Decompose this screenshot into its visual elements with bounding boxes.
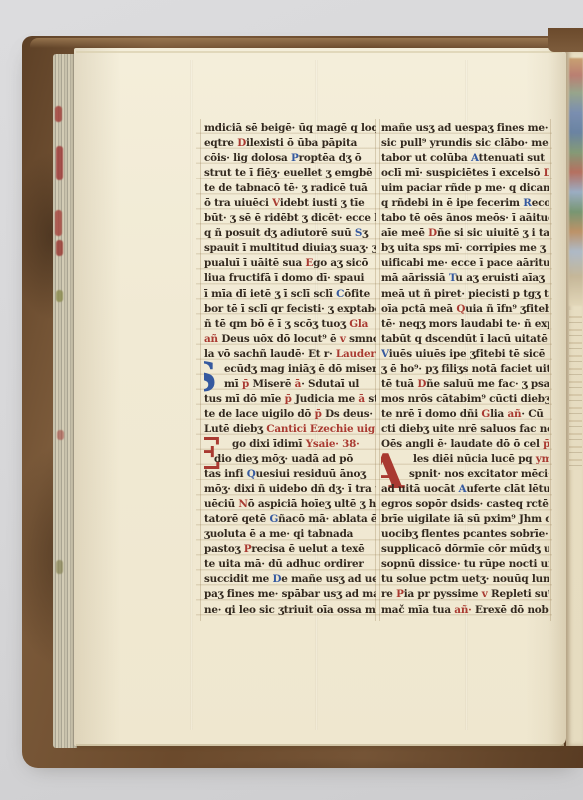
manuscript-line: egros sopōr dsids· casteq rctē ac so	[381, 497, 549, 512]
manuscript-line: spnit· nos excitator mēci· iaʒ	[381, 467, 549, 482]
text-run: D	[272, 573, 281, 585]
text-run: Ds deus·	[325, 408, 376, 420]
text-run: ia pr pyssime	[404, 588, 482, 600]
text-run: supplicacō dōrmīe cōr mūdʒ uetʒ	[381, 543, 549, 555]
text-run: paʒ fines me· spābar usʒ ad ma	[204, 588, 376, 600]
text-run: te nrē ī domo dñi	[381, 408, 481, 420]
manuscript-line: uim paciar rñde p me· q dicam	[381, 181, 549, 196]
text-run: A	[471, 152, 479, 164]
text-run: spnit· nos excitator mēci· iaʒ	[409, 468, 549, 480]
manuscript-line: strut te ī fiēʒ· euellet ʒ emgbē	[204, 166, 376, 181]
text-run: cōis· lig dolosa	[204, 152, 291, 164]
text-run: būt· ʒ sē ē ridēbt ʒ dicēt· ecce hō	[204, 212, 376, 224]
text-run: v	[340, 333, 349, 345]
manuscript-line: tē· neqʒ mors laudabi te· ñ expc	[381, 317, 549, 332]
column-rule	[550, 119, 551, 621]
text-run: uferte clāt lētulos	[466, 483, 549, 495]
manuscript-line: ī mīa dī ietē ʒ ī sclī sclī Cōfite	[204, 287, 376, 302]
page-top-edge	[76, 51, 562, 53]
manuscript-line: tabo tē oēs ānos meōs· ī aāitudīe	[381, 211, 549, 226]
manuscript-line: mač mīa tua añ· Erexē dō nob cōnu	[381, 603, 549, 618]
text-run: tu solue pctm uetʒ· nouūq lum īgre	[381, 573, 549, 585]
text-run: ecogi	[532, 197, 549, 209]
text-run: ā	[358, 393, 368, 405]
manuscript-line: tabūt q dscendūt ī lacū uitatē tuā	[381, 332, 549, 347]
manuscript-line: spauit ī multitud diuiaʒ suaʒ· ʒ	[204, 241, 376, 256]
text-run: Miserē	[252, 378, 294, 390]
text-run: N	[238, 498, 247, 510]
text-run: ī mīa dī ietē ʒ ī sclī sclī	[204, 288, 336, 300]
text-run: roptēa dʒ ō	[299, 152, 362, 164]
red-edge-decoration-speck	[56, 146, 63, 180]
text-run: tabo tē oēs ānos meōs· ī aāitudīe	[381, 212, 549, 224]
olive-edge-decoration-speck	[56, 290, 63, 302]
text-run: brīe uigilate iā sū pxim⁹ Jhm ciam	[381, 513, 549, 525]
text-run: ad uitā uocāt	[381, 483, 458, 495]
text-run: ʒ ē ho⁹· pʒ filiʒs notā faciet uitā	[381, 363, 549, 375]
text-run: Ysaie· 38·	[306, 438, 360, 450]
text-run: pastoʒ	[204, 543, 244, 555]
manuscript-line: Ego dixi īdimī Ysaie· 38·	[204, 437, 376, 452]
text-run: Lauder	[336, 348, 376, 360]
manuscript-line: Oēs angli ē· laudate dō ō cel p̄ l· dō ō	[381, 437, 549, 452]
manuscript-line: uēciū Nō aspiciā hoīeʒ ultē ʒ hī	[204, 497, 376, 512]
text-run: Q	[247, 468, 256, 480]
manuscript-line: tu solue pctm uetʒ· nouūq lum īgre	[381, 572, 549, 587]
text-run: meā ut ñ piret· piecisti p tgʒ tuʒ	[381, 288, 549, 300]
manuscript-line: sopnū dissice· tu rūpe nocti uincla·	[381, 557, 549, 572]
manuscript-line: oīa pctā meā Quia ñ īfn⁹ ʒfitebi	[381, 302, 549, 317]
manuscript-line: succidit me De mañe usʒ ad ues	[204, 572, 376, 587]
manuscript-line: tatorē qetē Gñacō mā· ablata ē	[204, 512, 376, 527]
manuscript-line: uocibʒ flentes pcantes sobrīe· ītēta	[381, 527, 549, 542]
manuscript-line: uificabi me· ecce ī pace aāritudo	[381, 256, 549, 271]
text-run: ʒ	[362, 227, 368, 239]
manuscript-line: pualuī ī uāitē sua Ego aʒ sicō	[204, 256, 376, 271]
text-run: sopnū dissice· tu rūpe nocti uincla·	[381, 558, 549, 570]
manuscript-line: ʒuoluta ē a me· qi tabnada	[204, 527, 376, 542]
manuscript-line: q ñ posuit dʒ adiutorē suū Sʒ	[204, 226, 376, 241]
manuscript-line: Lutē diebʒ Cantici Ezechie uig	[204, 422, 376, 437]
text-run: pualuī ī uāitē sua	[204, 257, 305, 269]
text-run: smno	[349, 333, 376, 345]
text-run: mdiciā sē beigē· ūq magē q loq	[204, 122, 376, 134]
text-run: D	[544, 167, 549, 179]
manuscript-line: tus mī dō mīe p̄ Judicia me ā stō	[204, 392, 376, 407]
manuscript-line: meā ut ñ piret· piecisti p tgʒ tuʒ	[381, 287, 549, 302]
text-run: tatorē qetē	[204, 513, 269, 525]
text-run: dio dieʒ mōʒ· uadā ad pō	[214, 453, 353, 465]
text-run: uim paciar rñde p me· q dicam	[381, 182, 549, 194]
text-run: p̄	[242, 378, 252, 390]
text-run: ñe si sic uiuitē ʒ i talī	[437, 227, 549, 239]
manuscript-line: añ Deus uōx dō locut⁹ ē v smno	[204, 332, 376, 347]
text-run: D	[417, 378, 426, 390]
manuscript-line: mañe usʒ ad uespaʒ fines me·	[381, 121, 549, 136]
manuscript-line: ne· qi leo sic ʒtriuit oīa ossa mā De	[204, 603, 376, 618]
text-run: tabor ut colūba	[381, 152, 471, 164]
red-edge-decoration-speck	[55, 210, 62, 236]
text-column-right: mañe usʒ ad uespaʒ fines me·sic pull⁹ yr…	[381, 121, 549, 618]
text-run: ō aspiciā hoīeʒ ultē ʒ hī	[248, 498, 376, 510]
manuscript-line: la vō sachñ laudē· Et r· Lauder	[204, 347, 376, 362]
text-run: les diēi nūcia lucē pq	[413, 453, 536, 465]
text-run: lia	[490, 408, 507, 420]
illuminated-border-sliver	[569, 58, 583, 306]
manuscript-line: liua fructifā ī domo dī· spaui	[204, 271, 376, 286]
manuscript-line: būt· ʒ sē ē ridēbt ʒ dicēt· ecce hō	[204, 211, 376, 226]
manuscript-line: tē tuā Dñe saluū me fac· ʒ psal	[381, 377, 549, 392]
manuscript-line: cōis· lig dolosa Proptēa dʒ ō	[204, 151, 376, 166]
text-run: V	[381, 348, 389, 360]
text-run: uificabi me· ecce ī pace aāritudo	[381, 257, 549, 269]
text-run: mač mīa tua	[381, 604, 454, 616]
text-run: p̄	[285, 393, 295, 405]
manuscript-line: te uita mā· dū adhuc ordirer	[204, 557, 376, 572]
text-run: recisa ē uelut a texē	[251, 543, 364, 555]
manuscript-line: mos nrōs cātabim⁹ cūcti diebʒ ui	[381, 392, 549, 407]
text-run: P	[291, 152, 299, 164]
manuscript-line: Ales diēi nūcia lucē pq ymn⁹	[381, 452, 549, 467]
manuscript-line: brīe uigilate iā sū pxim⁹ Jhm ciam	[381, 512, 549, 527]
text-run: G	[481, 408, 490, 420]
text-run: tē· neqʒ mors laudabi te· ñ expc	[381, 318, 549, 330]
text-run: oclī mī· suspiciētes ī excelsō	[381, 167, 544, 179]
text-run: Repleti su⁹	[491, 588, 549, 600]
column-rule	[379, 119, 380, 621]
manuscript-line: pastoʒ Precisa ē uelut a texē	[204, 542, 376, 557]
text-run: iuēs uiuēs ipe ʒfitebi tē sicē	[389, 348, 545, 360]
text-run: bor tē ī sclī qr fecisti· ʒ exptabo	[204, 303, 376, 315]
text-run: re	[381, 588, 396, 600]
text-run: Deus uōx dō locut⁹ ē	[221, 333, 340, 345]
text-run: mī	[224, 378, 242, 390]
manuscript-line: mōʒ· dixi ñ uidebo dñ dʒ· ī tra ui	[204, 482, 376, 497]
text-run: Gla	[349, 318, 368, 330]
text-run: · Sdutaī ul	[301, 378, 359, 390]
manuscript-line: ad uitā uocāt Auferte clāt lētulos	[381, 482, 549, 497]
text-run: mā aārissiā	[381, 272, 449, 284]
text-run: ñ tē qm bō ē ī ʒ scōʒ tuoʒ	[204, 318, 349, 330]
text-run: uesiui residuū ānoʒ	[256, 468, 366, 480]
text-run: ttenuati sut	[479, 152, 545, 164]
text-run: egros sopōr dsids· casteq rctē ac so	[381, 498, 549, 510]
manuscript-line: bʒ uita sps mī· corripies me ʒ ui	[381, 241, 549, 256]
text-run: ymn⁹	[536, 453, 549, 465]
text-run: e mañe usʒ ad ues	[281, 573, 376, 585]
text-run: Oēs angli ē· laudate dō ō cel	[381, 438, 543, 450]
manuscript-line: tabor ut colūba Attenuati sut	[381, 151, 549, 166]
column-rule	[200, 119, 201, 621]
facing-page-text-show	[569, 310, 582, 470]
text-run: idebt iusti ʒ tīe	[280, 197, 365, 209]
text-run: ñacō mā· ablata ē	[278, 513, 376, 525]
text-run: sic pull⁹ yrundis sic clābo· medi	[381, 137, 549, 149]
text-run: ōfite	[344, 288, 370, 300]
manuscript-line: oclī mī· suspiciētes ī excelsō Dō	[381, 166, 549, 181]
manuscript-line: te de tabnacō tē· ʒ radicē tuā	[204, 181, 376, 196]
manuscript-line: dio dieʒ mōʒ· uadā ad pō	[204, 452, 376, 467]
text-run: oīa pctā meā	[381, 303, 456, 315]
manuscript-line: mī p̄ Miserē ā· Sdutaī ul	[204, 377, 376, 392]
text-run: te de tabnacō tē· ʒ radicē tuā	[204, 182, 368, 194]
manuscript-line: bor tē ī sclī qr fecisti· ʒ exptabo	[204, 302, 376, 317]
text-run: liua fructifā ī domo dī· spaui	[204, 272, 364, 284]
text-run: strut te ī fiēʒ· euellet ʒ emgbē	[204, 167, 372, 179]
text-run: tabūt q dscendūt ī lacū uitatē tuā	[381, 333, 549, 345]
manuscript-line: Secūdʒ mag iniāʒ ē dō miserē	[204, 362, 376, 377]
page-fold-line	[190, 60, 193, 730]
text-run: ecūdʒ mag iniāʒ ē dō miserē	[224, 363, 376, 375]
text-run: C	[336, 288, 344, 300]
text-run: tē tuā	[381, 378, 417, 390]
text-run: Erexē dō nob cōnu	[472, 604, 549, 616]
manuscript-line: tas infi Quesiui residuū ānoʒ	[204, 467, 376, 482]
text-run: ō tra uiuēci	[204, 197, 272, 209]
text-run: go aʒ sicō	[313, 257, 368, 269]
text-run: E	[305, 257, 313, 269]
text-run: mañe usʒ ad uespaʒ fines me·	[381, 122, 548, 134]
text-run: la vō sachñ laudē· Et r·	[204, 348, 336, 360]
text-run: tus mī dō mīe	[204, 393, 285, 405]
text-run: eqtre	[204, 137, 237, 149]
olive-edge-decoration-speck	[56, 560, 63, 574]
text-run: te uita mā· dū adhuc ordirer	[204, 558, 364, 570]
text-run: cti diebʒ uite nrē saluos fac nos d·	[381, 423, 549, 435]
text-run: succidit me	[204, 573, 272, 585]
red-edge-decoration-speck	[57, 430, 64, 440]
text-run: · Cū	[521, 408, 543, 420]
manuscript-line: aīe meē Dñe si sic uiuitē ʒ i talī	[381, 226, 549, 241]
text-run: ilexisti ō ūba pāpita	[246, 137, 357, 149]
text-run: uia ñ īfn⁹ ʒfitebi	[465, 303, 549, 315]
leather-corner-top-right	[548, 28, 583, 52]
text-run: uēciū	[204, 498, 238, 510]
text-run: ne· qi leo sic ʒtriuit oīa ossa mā	[204, 604, 376, 616]
manuscript-line: q rñdebi in ē ipe fecerim Recogi	[381, 196, 549, 211]
text-run: G	[269, 513, 278, 525]
text-run: P	[396, 588, 404, 600]
text-run: p̄ l·	[543, 438, 549, 450]
text-run: R	[523, 197, 531, 209]
leather-top-edge	[30, 38, 582, 48]
text-run: D	[428, 227, 437, 239]
text-run: go dixi īdimī	[232, 438, 306, 450]
text-run: uocibʒ flentes pcantes sobrīe· ītēta	[381, 528, 549, 540]
manuscript-line: cti diebʒ uite nrē saluos fac nos d· ā·	[381, 422, 549, 437]
text-run: spauit ī multitud diuiaʒ suaʒ· ʒ	[204, 242, 376, 254]
text-run: bʒ uita sps mī· corripies me ʒ ui	[381, 242, 549, 254]
text-run: ñe saluū me fac· ʒ psal	[426, 378, 549, 390]
manuscript-line: te de lace uigilo dō p̄ Ds deus· ā·	[204, 407, 376, 422]
text-run: añ	[508, 408, 522, 420]
manuscript-line: ñ tē qm bō ē ī ʒ scōʒ tuoʒ Gla	[204, 317, 376, 332]
page-bottom-edge	[76, 744, 564, 746]
manuscript-line: Viuēs uiuēs ipe ʒfitebi tē sicē	[381, 347, 549, 362]
text-run: añ	[204, 333, 221, 345]
text-run: aīe meē	[381, 227, 428, 239]
text-run: tas infi	[204, 468, 247, 480]
text-run: ʒuoluta ē a me· qi tabnada	[204, 528, 353, 540]
text-run: u aʒ eruisti aīaʒ	[455, 272, 544, 284]
text-run: D	[237, 137, 246, 149]
manuscript-line: supplicacō dōrmīe cōr mūdʒ uetʒ Tu xē	[381, 542, 549, 557]
text-run: añ·	[454, 604, 471, 616]
manuscript-line: mdiciā sē beigē· ūq magē q loq	[204, 121, 376, 136]
text-run: Q	[456, 303, 465, 315]
text-run: V	[272, 197, 280, 209]
red-edge-decoration-speck	[55, 106, 62, 122]
text-run: te de lace uigilo dō	[204, 408, 315, 420]
manuscript-line: paʒ fines me· spābar usʒ ad ma	[204, 587, 376, 602]
text-column-left: mdiciā sē beigē· ūq magē q loqeqtre Dile…	[204, 121, 376, 618]
manuscript-line: te nrē ī domo dñi Glia añ· Cū	[381, 407, 549, 422]
text-run: Judicia me	[295, 393, 358, 405]
text-run: q ñ posuit dʒ adiutorē suū	[204, 227, 355, 239]
text-run: q rñdebi in ē ipe fecerim	[381, 197, 523, 209]
text-run: mos nrōs cātabim⁹ cūcti diebʒ ui	[381, 393, 549, 405]
text-run: v	[482, 588, 491, 600]
manuscript-line: ʒ ē ho⁹· pʒ filiʒs notā faciet uitā	[381, 362, 549, 377]
text-run: Cantici Ezechie uig	[266, 423, 375, 435]
red-edge-decoration-speck	[56, 240, 63, 256]
manuscript-line: eqtre Dilexisti ō ūba pāpita	[204, 136, 376, 151]
text-run: p̄	[315, 408, 325, 420]
manuscript-line: mā aārissiā Tu aʒ eruisti aīaʒ	[381, 271, 549, 286]
text-run: mōʒ· dixi ñ uidebo dñ dʒ· ī tra ui	[204, 483, 376, 495]
manuscript-line: re Pia pr pyssime v Repleti su⁹	[381, 587, 549, 602]
text-run: stō	[368, 393, 376, 405]
manuscript-line: ō tra uiuēci Videbt iusti ʒ tīe	[204, 196, 376, 211]
manuscript-line: sic pull⁹ yrundis sic clābo· medi	[381, 136, 549, 151]
